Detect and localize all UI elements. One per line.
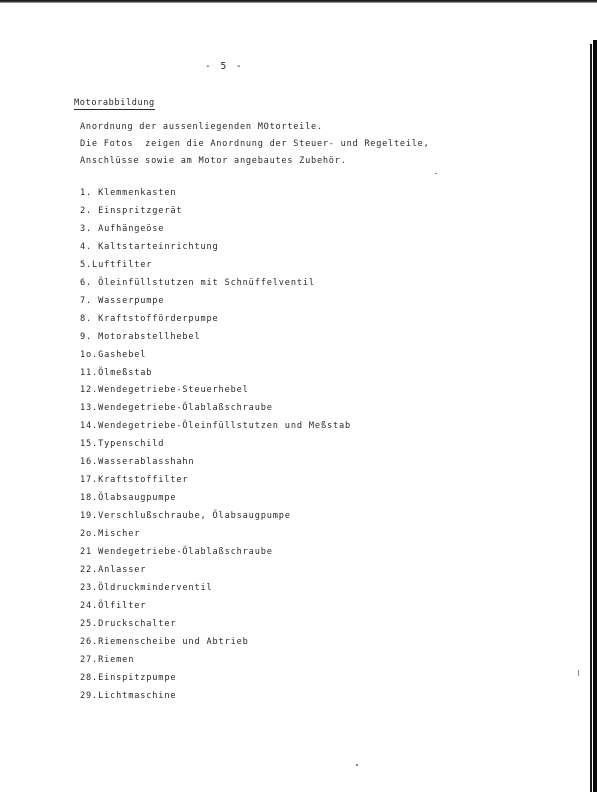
intro-line: Anschlüsse sowie am Motor angebautes Zub… — [80, 153, 430, 170]
list-item: 1o.Gashebel — [80, 347, 351, 365]
list-item: 8. Kraftstofförderpumpe — [80, 311, 351, 329]
section-intro: Anordnung der aussenliegenden MOtorteile… — [80, 119, 430, 170]
scan-right-edge-inner — [590, 44, 592, 792]
list-item: 2. Einspritzgerät — [80, 203, 351, 221]
list-item: 14.Wendegetriebe-Öleinfüllstutzen und Me… — [80, 418, 351, 436]
list-item: 25.Druckschalter — [80, 616, 351, 634]
list-item: 2o.Mischer — [80, 526, 351, 544]
list-item: 7. Wasserpumpe — [80, 293, 351, 311]
scan-right-edge-outer — [593, 40, 597, 792]
intro-line: Die Fotos zeigen die Anordnung der Steue… — [80, 136, 430, 153]
list-item: 19.Verschlußschraube, Ölabsaugpumpe — [80, 508, 351, 526]
scan-top-edge — [0, 0, 597, 3]
list-item: 27.Riemen — [80, 652, 351, 670]
list-item: 24.Ölfilter — [80, 598, 351, 616]
list-item: 4. Kaltstarteinrichtung — [80, 239, 351, 257]
list-item: 1. Klemmenkasten — [80, 185, 351, 203]
scan-speck — [356, 764, 358, 766]
page-number: - 5 - — [205, 61, 244, 72]
list-item: 23.Öldruckminderventil — [80, 580, 351, 598]
list-item: 6. Öleinfüllstutzen mit Schnüffelventil — [80, 275, 351, 293]
section-heading: Motorabbildung — [74, 98, 155, 110]
list-item: 26.Riemenscheibe und Abtrieb — [80, 634, 351, 652]
list-item: 16.Wasserablasshahn — [80, 454, 351, 472]
scan-speck — [578, 670, 579, 676]
list-item: 11.Ölmeßstab — [80, 365, 351, 383]
list-item: 21 Wendegetriebe-Ölablaßschraube — [80, 544, 351, 562]
list-item: 12.Wendegetriebe-Steuerhebel — [80, 382, 351, 400]
list-item: 28.Einspitzpumpe — [80, 670, 351, 688]
list-item: 13.Wendegetriebe-Ölablaßschraube — [80, 400, 351, 418]
list-item: 3. Aufhängeöse — [80, 221, 351, 239]
parts-list: 1. Klemmenkasten 2. Einspritzgerät 3. Au… — [80, 185, 351, 706]
list-item: 15.Typenschild — [80, 436, 351, 454]
list-item: 17.Kraftstoffilter — [80, 472, 351, 490]
list-item: 9. Motorabstellhebel — [80, 329, 351, 347]
intro-line: Anordnung der aussenliegenden MOtorteile… — [80, 119, 430, 136]
list-item: 5.Luftfilter — [80, 257, 351, 275]
scan-speck — [435, 173, 437, 174]
list-item: 29.Lichtmaschine — [80, 688, 351, 706]
list-item: 18.Ölabsaugpumpe — [80, 490, 351, 508]
list-item: 22.Anlasser — [80, 562, 351, 580]
